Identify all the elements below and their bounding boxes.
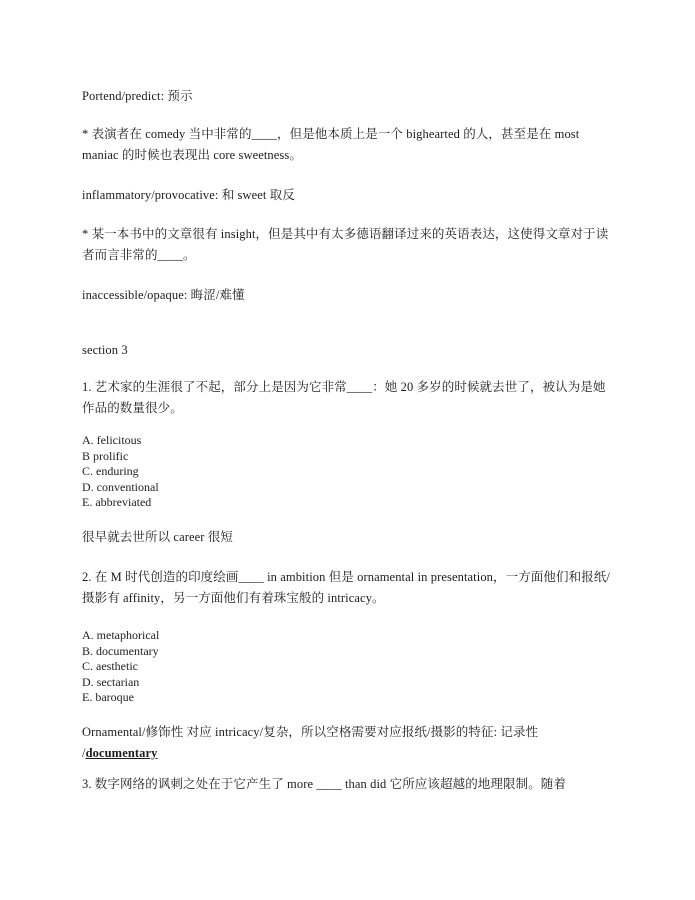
option-a: A. felicitous (82, 433, 382, 449)
vocab-portend: Portend/predict: 预示 (82, 86, 614, 107)
question-1-options: A. felicitous B prolific C. enduring D. … (82, 433, 382, 511)
sentence-comedy: * 表演者在 comedy 当中非常的____，但是他本质上是一个 bighea… (82, 124, 614, 166)
question-2-note: Ornamental/修饰性 对应 intricacy/复杂，所以空格需要对应报… (82, 722, 614, 764)
vocab-inflammatory: inflammatory/provocative: 和 sweet 取反 (82, 185, 614, 206)
option-b: B prolific (82, 449, 382, 465)
question-2-options: A. metaphorical B. documentary C. aesthe… (82, 628, 382, 706)
option-b: B. documentary (82, 644, 382, 660)
option-a: A. metaphorical (82, 628, 382, 644)
option-c: C. aesthetic (82, 659, 382, 675)
sentence-insight: * 某一本书中的文章很有 insight，但是其中有太多德语翻译过来的英语表达，… (82, 224, 614, 266)
option-e: E. abbreviated (82, 495, 382, 511)
section-heading: section 3 (82, 340, 614, 361)
question-1-note: 很早就去世所以 career 很短 (82, 527, 614, 548)
question-1-stem: 1. 艺术家的生涯很了不起，部分上是因为它非常____：她 20 多岁的时候就去… (82, 377, 614, 419)
option-c: C. enduring (82, 464, 382, 480)
question-2-stem: 2. 在 M 时代创造的印度绘画____ in ambition 但是 orna… (82, 567, 614, 609)
option-d: D. sectarian (82, 675, 382, 691)
option-d: D. conventional (82, 480, 382, 496)
question-2-answer: documentary (86, 746, 158, 760)
question-3-stem: 3. 数字网络的讽刺之处在于它产生了 more ____ than did 它所… (82, 774, 614, 795)
option-e: E. baroque (82, 690, 382, 706)
document-page: Portend/predict: 预示 * 表演者在 comedy 当中非常的_… (0, 0, 695, 900)
vocab-inaccessible: inaccessible/opaque: 晦涩/难懂 (82, 285, 614, 306)
